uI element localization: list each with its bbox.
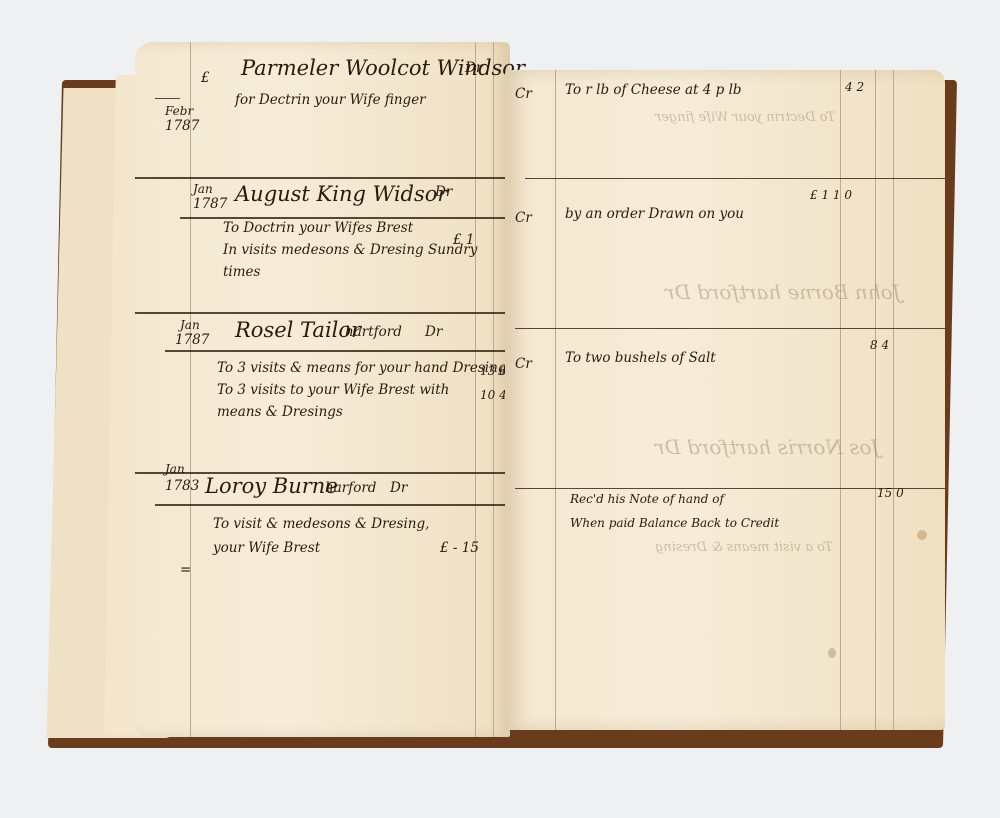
bleed-through-text: To Dectrin your Wife finger: [655, 110, 835, 125]
debit-marker: Dr: [465, 60, 482, 76]
pounds-column-rule: [475, 42, 476, 737]
entry-date-month: Febr: [165, 104, 193, 118]
entry-divider: [525, 178, 945, 179]
credit-marker: Cr: [515, 356, 532, 372]
credit-marker: Cr: [515, 210, 532, 226]
entry-divider: [155, 504, 510, 506]
entry-line: To 3 visits & means for your hand Dresin…: [217, 360, 506, 376]
entry-line: your Wife Brest: [213, 540, 320, 556]
bleed-through-text: John Borne hartford Dr: [665, 280, 901, 304]
entry-line: To two bushels of Salt: [565, 350, 716, 366]
entry-date-year: 1787: [193, 196, 227, 212]
closing-mark: =: [180, 562, 191, 578]
account-name: Rosel Tailor: [235, 318, 361, 342]
account-place: harford: [325, 480, 376, 496]
entry-amount: 10 4: [480, 388, 507, 402]
pounds-column-rule: [840, 70, 841, 730]
entry-line: When paid Balance Back to Credit: [570, 516, 779, 530]
right-ledger-page: To Dectrin your Wife finger John Borne h…: [505, 70, 945, 730]
entry-line: To Doctrin your Wifes Brest: [223, 220, 413, 236]
entry-amount: £ - 15: [440, 540, 479, 556]
entry-date-month: Jan: [165, 462, 185, 476]
entry-line: by an order Drawn on you: [565, 206, 744, 222]
currency-header: £: [201, 70, 210, 86]
debit-marker: Dr: [425, 324, 442, 340]
margin-rule: [555, 70, 556, 730]
entry-date-year: 1783: [165, 478, 199, 494]
debit-marker: Dr: [435, 184, 452, 200]
pence-column-rule: [893, 70, 894, 730]
entry-date-month: Jan: [180, 318, 200, 332]
entry-amount: 15 0: [877, 486, 904, 500]
entry-line: To r lb of Cheese at 4 p lb: [565, 82, 742, 98]
credit-marker: Cr: [515, 86, 532, 102]
entry-line: To 3 visits to your Wife Brest with: [217, 382, 449, 398]
bleed-through-text: Jos Norris hartford Dr: [655, 435, 880, 459]
bleed-through-text: To a visit means & Dresing: [655, 540, 833, 555]
entry-line: To visit & medesons & Dresing,: [213, 516, 429, 532]
entry-divider: [180, 217, 510, 219]
entry-line: means & Dresings: [217, 404, 343, 420]
entry-divider: [515, 328, 945, 329]
entry-amount: 13 6: [480, 364, 507, 378]
entry-divider: [135, 177, 510, 179]
entry-line: times: [223, 264, 260, 280]
debit-marker: Dr: [390, 480, 407, 496]
entry-date-month: Jan: [193, 182, 213, 196]
entry-line: for Dectrin your Wife finger: [235, 92, 426, 108]
entry-line: Rec'd his Note of hand of: [570, 492, 724, 506]
paper-stain: [917, 530, 927, 540]
entry-divider: [135, 312, 510, 314]
entry-amount: 4 2: [845, 80, 864, 94]
entry-amount: 8 4: [870, 338, 889, 352]
account-name: Loroy Burne: [205, 474, 338, 498]
date-column-rule: [190, 42, 191, 737]
entry-date-year: 1787: [175, 332, 209, 348]
entry-amount: £ 1: [453, 232, 474, 248]
left-ledger-page: £ Febr 1787 Parmeler Woolcot Windsor Dr …: [135, 42, 510, 737]
account-name: Parmeler Woolcot Windsor: [241, 56, 525, 80]
header-rule: [155, 98, 180, 99]
account-place: hartford: [345, 324, 402, 340]
paper-stain: [828, 648, 836, 658]
account-name: August King Widsor: [235, 182, 447, 206]
shillings-column-rule: [875, 70, 876, 730]
entry-amount: £ 1 1 0: [810, 188, 852, 202]
entry-date-year: 1787: [165, 118, 199, 134]
entry-line: In visits medesons & Dresing Sundry: [223, 242, 477, 258]
entry-divider: [165, 350, 510, 352]
